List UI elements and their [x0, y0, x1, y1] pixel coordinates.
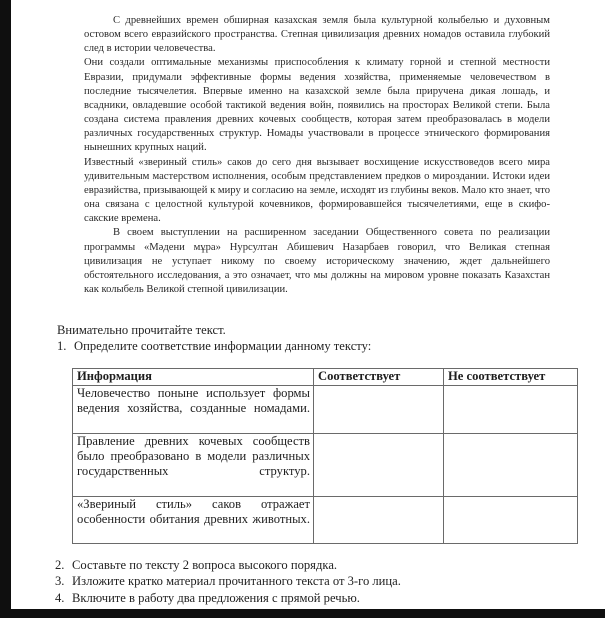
matches-cell[interactable]	[314, 497, 444, 544]
task-item: 3.Изложите кратко материал прочитанного …	[55, 573, 401, 589]
not-matches-cell[interactable]	[444, 434, 578, 497]
article-paragraph: В своем выступлении на расширенном засед…	[84, 226, 550, 297]
task-1: 1.Определите соответствие информации дан…	[57, 338, 371, 354]
task-text: Определите соответствие информации данно…	[74, 339, 371, 353]
task-text: Изложите кратко материал прочитанного те…	[72, 574, 401, 588]
task-item: 4.Включите в работу два предложения с пр…	[55, 590, 401, 606]
table-row: Правление древних кочевых сообществ было…	[73, 434, 578, 497]
header-matches: Соответствует	[314, 369, 444, 386]
not-matches-cell[interactable]	[444, 497, 578, 544]
article-text: С древнейших времен обширная казахская з…	[84, 14, 550, 297]
document-page: С древнейших времен обширная казахская з…	[11, 0, 605, 609]
header-not-matches: Не соответствует	[444, 369, 578, 386]
table-header-row: Информация Соответствует Не соответствуе…	[73, 369, 578, 386]
table-row: «Звериный стиль» саков отражает особенно…	[73, 497, 578, 544]
task-intro: Внимательно прочитайте текст. 1.Определи…	[57, 322, 371, 354]
task-list: 2.Составьте по тексту 2 вопроса высокого…	[55, 557, 401, 606]
task-number: 4.	[55, 590, 72, 606]
table-row: Человечество поныне использует формы вед…	[73, 386, 578, 434]
matching-table-wrapper: Информация Соответствует Не соответствуе…	[72, 368, 578, 544]
info-cell: Человечество поныне использует формы вед…	[73, 386, 314, 434]
matches-cell[interactable]	[314, 434, 444, 497]
task-number: 1.	[57, 338, 74, 354]
matches-cell[interactable]	[314, 386, 444, 434]
task-text: Составьте по тексту 2 вопроса высокого п…	[72, 558, 337, 572]
info-cell: «Звериный стиль» саков отражает особенно…	[73, 497, 314, 544]
info-cell: Правление древних кочевых сообществ было…	[73, 434, 314, 497]
task-number: 2.	[55, 557, 72, 573]
matching-table: Информация Соответствует Не соответствуе…	[72, 368, 578, 544]
task-item: 2.Составьте по тексту 2 вопроса высокого…	[55, 557, 401, 573]
header-information: Информация	[73, 369, 314, 386]
task-text: Включите в работу два предложения с прям…	[72, 591, 360, 605]
article-paragraph: Известный «звериный стиль» саков до сего…	[84, 156, 550, 227]
article-paragraph: С древнейших времен обширная казахская з…	[84, 14, 550, 56]
article-paragraph: Они создали оптимальные механизмы приспо…	[84, 56, 550, 155]
task-number: 3.	[55, 573, 72, 589]
not-matches-cell[interactable]	[444, 386, 578, 434]
read-instruction: Внимательно прочитайте текст.	[57, 322, 371, 338]
